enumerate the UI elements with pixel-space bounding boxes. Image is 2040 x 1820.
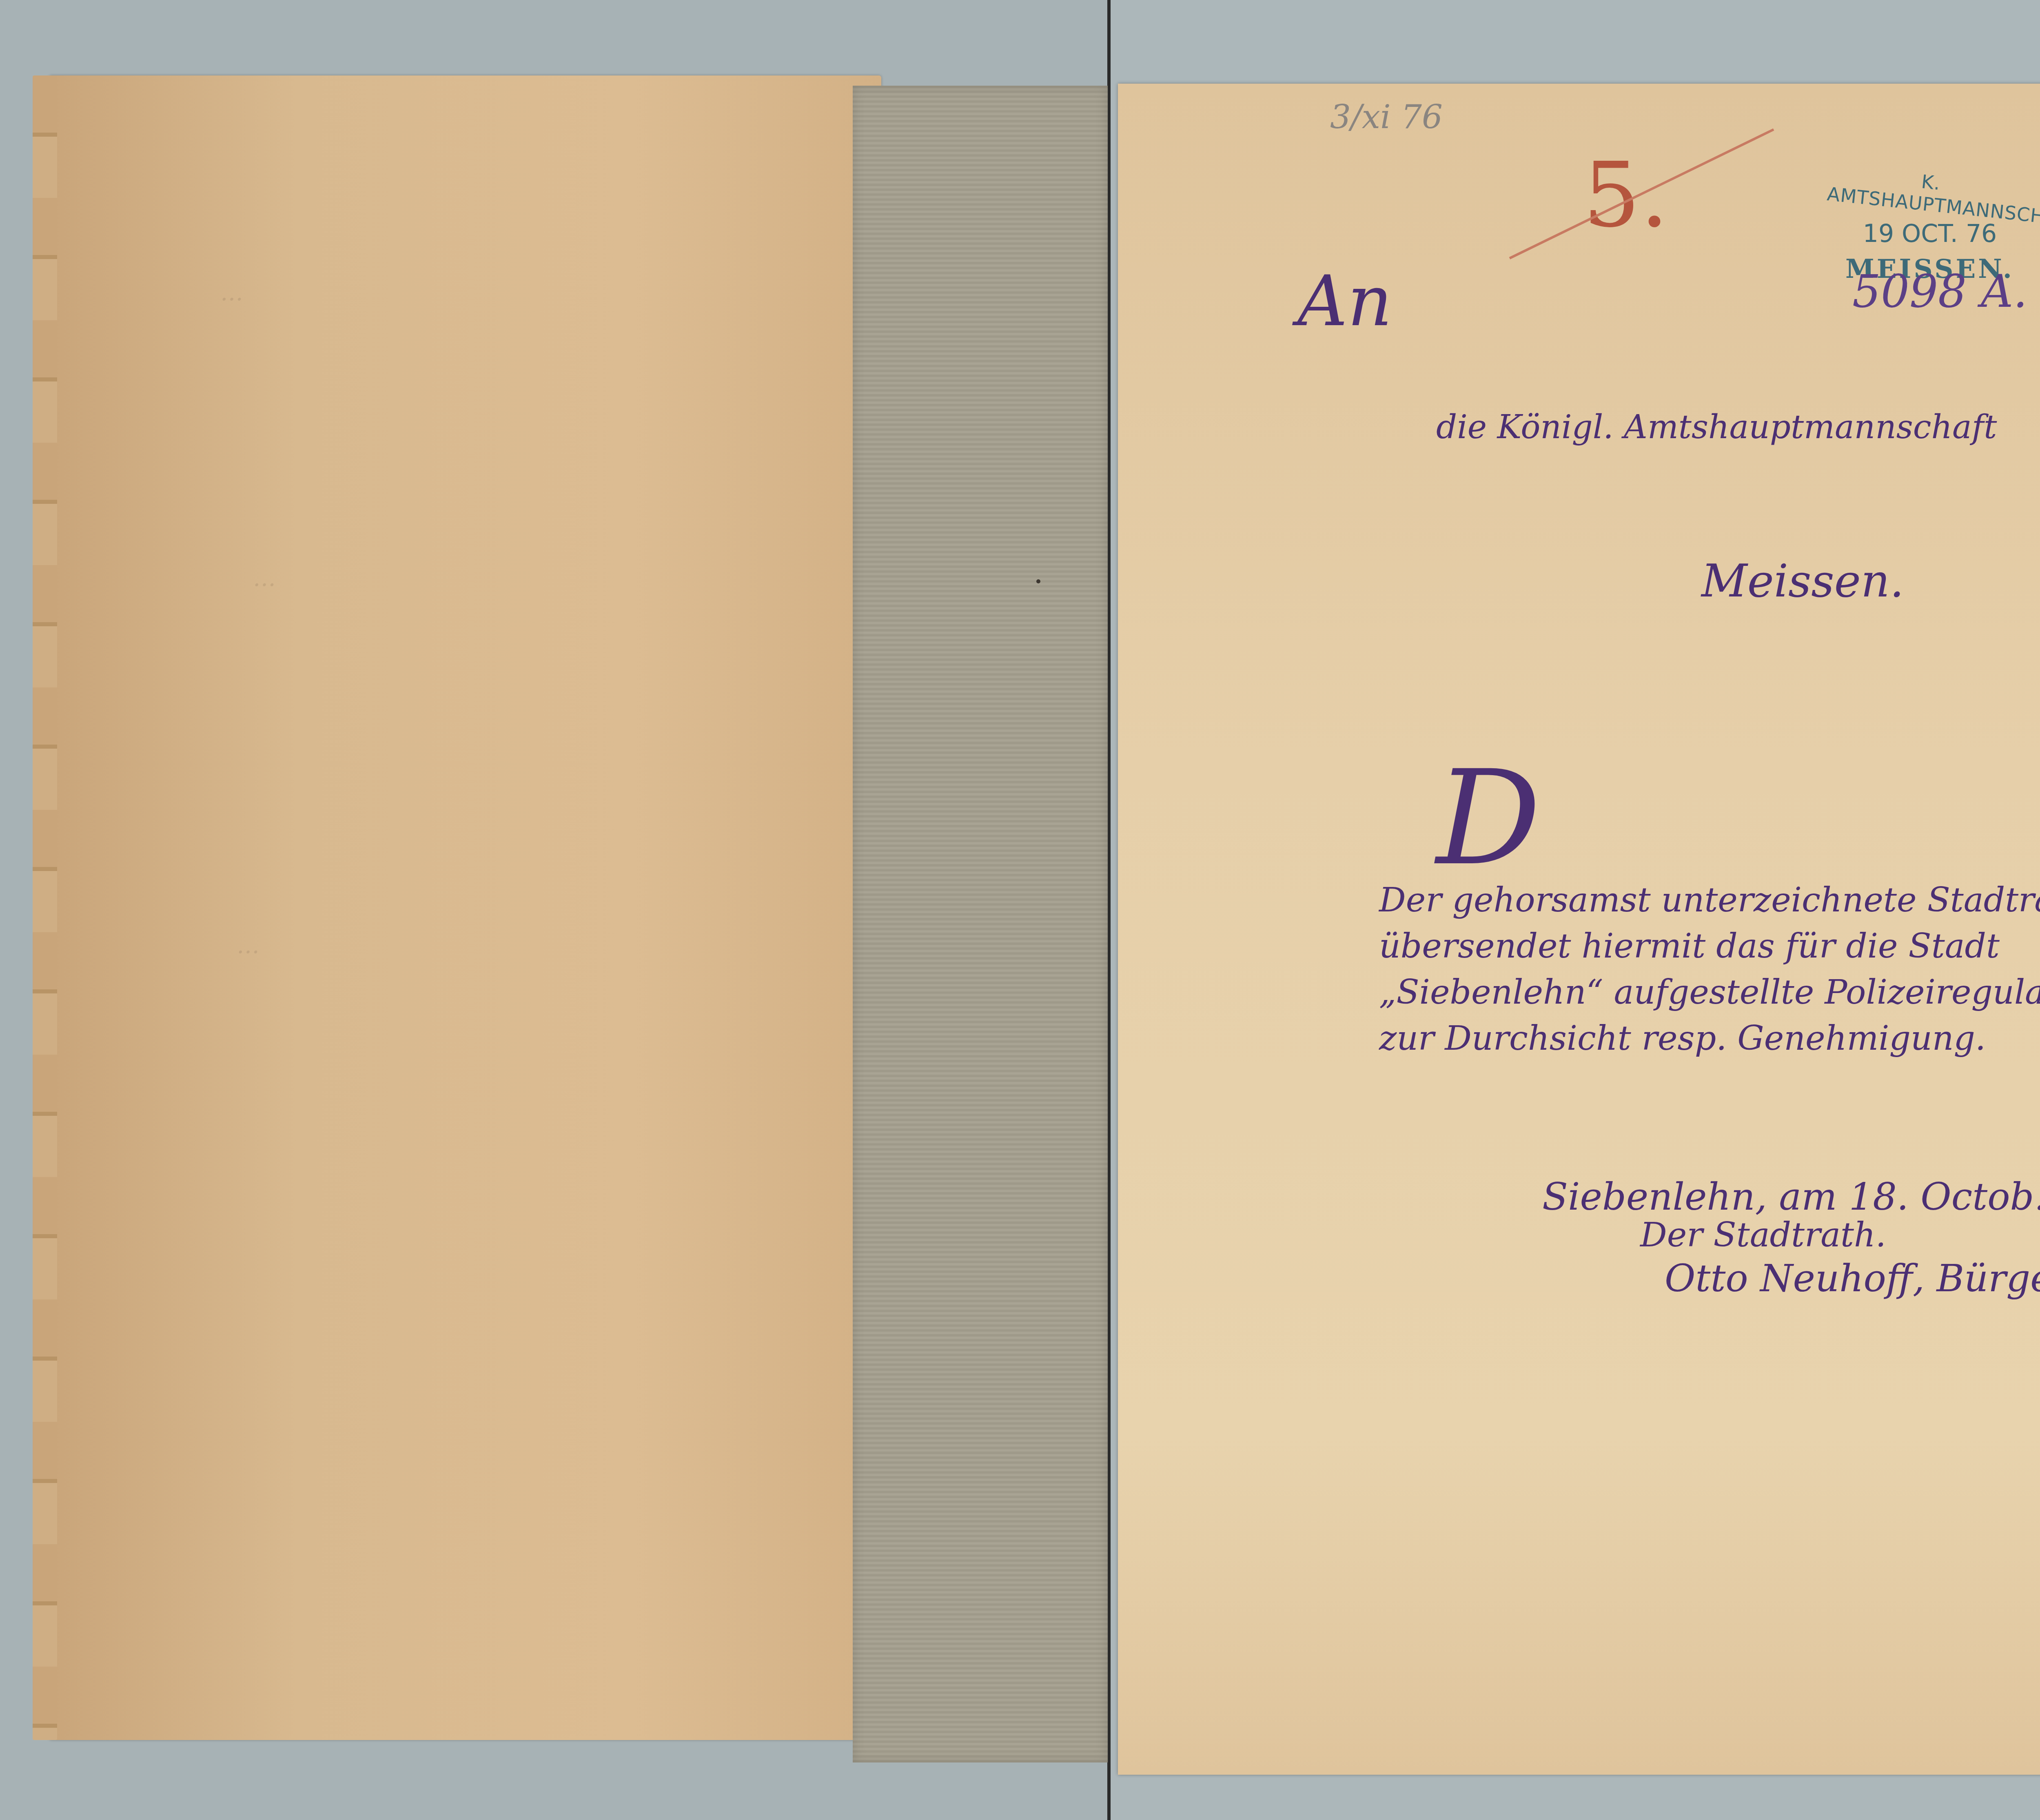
place-and-date: Siebenlehn, am 18. Octob. 1876.: [1542, 1175, 2040, 1219]
address-salutation: An: [1297, 261, 1392, 342]
letter-body: Der gehorsamst unterzeichnete Stadtrath …: [1379, 877, 2040, 1062]
closing: Der Stadtrath.: [1640, 1216, 1886, 1255]
pencil-note: 3/xi 76: [1330, 98, 1443, 136]
scanner-seam: [1107, 0, 1111, 1820]
bleed-through-text: …: [253, 565, 276, 592]
bleed-through-text: …: [237, 932, 259, 959]
decorative-initial: D: [1436, 743, 1541, 894]
address-recipient: die Königl. Amtshauptmannschaft: [1436, 408, 1997, 446]
bleed-through-text: …: [220, 279, 243, 306]
signature: Otto Neuhoff, Bürgermeister.: [1665, 1257, 2040, 1300]
address-city: Meissen.: [1701, 555, 1904, 607]
registry-number: 5098 A.: [1852, 265, 2027, 317]
left-page: … … …: [49, 75, 881, 1740]
red-crayon-number: 5.: [1583, 143, 1669, 247]
stamp-date: 19 OCT. 76: [1828, 219, 2032, 248]
binding-hole: [1036, 579, 1040, 583]
binding-strip: [853, 86, 1108, 1762]
